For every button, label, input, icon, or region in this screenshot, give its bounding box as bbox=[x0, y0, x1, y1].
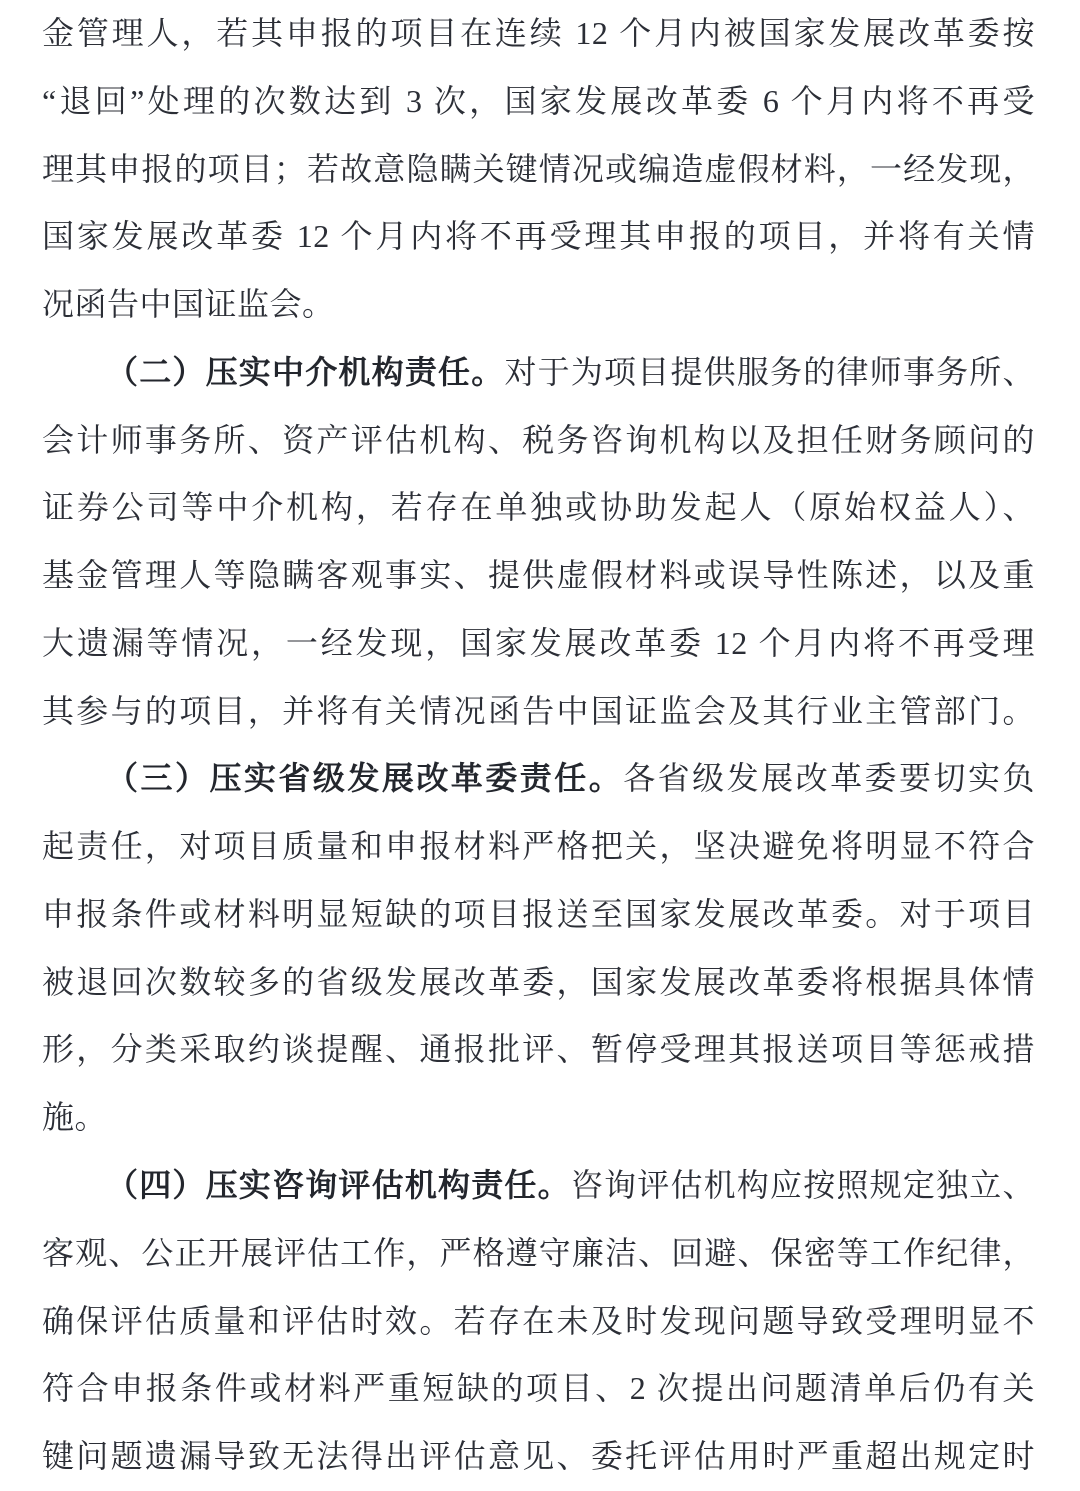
text-line: 基金管理人等隐瞒客观事实、提供虚假材料或误导性陈述，以及重 bbox=[42, 542, 1035, 610]
text-line: 被退回次数较多的省级发展改革委，国家发展改革委将根据具体情 bbox=[42, 949, 1035, 1017]
paragraph-section-2: （二）压实中介机构责任。对于为项目提供服务的律师事务所、 会计师事务所、资产评估… bbox=[42, 339, 1035, 746]
text-line: 会计师事务所、资产评估机构、税务咨询机构以及担任财务顾问的 bbox=[42, 407, 1035, 475]
text-line: （四）压实咨询评估机构责任。咨询评估机构应按照规定独立、 bbox=[42, 1152, 1035, 1220]
text-line: 申报条件或材料明显短缺的项目报送至国家发展改革委。对于项目 bbox=[42, 881, 1035, 949]
text-line: 客观、公正开展评估工作，严格遵守廉洁、回避、保密等工作纪律， bbox=[42, 1220, 1035, 1288]
text-line: （三）压实省级发展改革委责任。各省级发展改革委要切实负 bbox=[42, 745, 1035, 813]
text-line: （二）压实中介机构责任。对于为项目提供服务的律师事务所、 bbox=[42, 339, 1035, 407]
section-heading: （二）压实中介机构责任。 bbox=[106, 354, 504, 390]
paragraph-section-3: （三）压实省级发展改革委责任。各省级发展改革委要切实负 起责任，对项目质量和申报… bbox=[42, 745, 1035, 1152]
text-line: 大遗漏等情况，一经发现，国家发展改革委 12 个月内将不再受理 bbox=[42, 610, 1035, 678]
text-line: 符合申报条件或材料严重短缺的项目、2 次提出问题清单后仍有关 bbox=[42, 1355, 1035, 1423]
text-line: 其参与的项目，并将有关情况函告中国证监会及其行业主管部门。 bbox=[42, 678, 1035, 746]
text-line: 形，分类采取约谈提醒、通报批评、暂停受理其报送项目等惩戒措 bbox=[42, 1016, 1035, 1084]
section-heading: （三）压实省级发展改革委责任。 bbox=[106, 760, 623, 796]
text-line: 确保评估质量和评估时效。若存在未及时发现问题导致受理明显不 bbox=[42, 1288, 1035, 1356]
text-line: “退回”处理的次数达到 3 次，国家发展改革委 6 个月内将不再受 bbox=[42, 68, 1035, 136]
document-page: 金管理人，若其申报的项目在连续 12 个月内被国家发展改革委按 “退回”处理的次… bbox=[0, 0, 1080, 1491]
text-line: 起责任，对项目质量和申报材料严格把关，坚决避免将明显不符合 bbox=[42, 813, 1035, 881]
text-line: 国家发展改革委 12 个月内将不再受理其申报的项目，并将有关情 bbox=[42, 203, 1035, 271]
text-line: 证券公司等中介机构，若存在单独或协助发起人（原始权益人）、 bbox=[42, 474, 1035, 542]
text-line: 施。 bbox=[42, 1084, 1035, 1152]
text-run: 各省级发展改革委要切实负 bbox=[623, 760, 1035, 796]
text-run: 对于为项目提供服务的律师事务所、 bbox=[504, 354, 1035, 390]
paragraph-section-4: （四）压实咨询评估机构责任。咨询评估机构应按照规定独立、 客观、公正开展评估工作… bbox=[42, 1152, 1035, 1491]
text-run: 咨询评估机构应按照规定独立、 bbox=[571, 1167, 1035, 1203]
text-line: 理其申报的项目；若故意隐瞒关键情况或编造虚假材料，一经发现， bbox=[42, 136, 1035, 204]
text-line: 键问题遗漏导致无法得出评估意见、委托评估用时严重超出规定时 bbox=[42, 1423, 1035, 1491]
section-heading: （四）压实咨询评估机构责任。 bbox=[106, 1167, 571, 1203]
paragraph-continuation: 金管理人，若其申报的项目在连续 12 个月内被国家发展改革委按 “退回”处理的次… bbox=[42, 0, 1035, 339]
text-line: 况函告中国证监会。 bbox=[42, 271, 1035, 339]
text-line: 金管理人，若其申报的项目在连续 12 个月内被国家发展改革委按 bbox=[42, 0, 1035, 68]
